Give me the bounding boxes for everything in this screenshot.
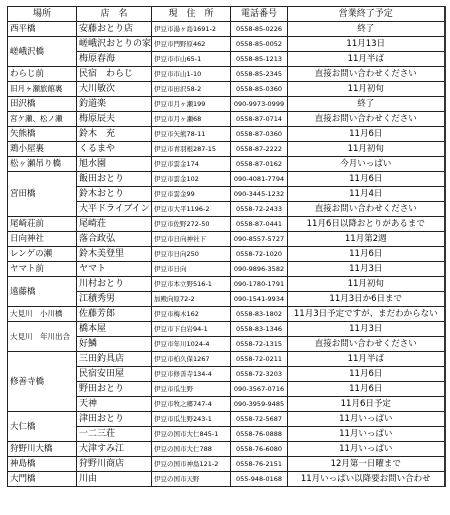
- shop-name-cell: 好鱗: [77, 337, 152, 352]
- shop-name-cell: 狩野川商店: [77, 457, 152, 472]
- address-cell: 加殿向原72-2: [152, 292, 231, 307]
- shop-name-cell: 嵯峨沢おとりの家: [77, 37, 152, 52]
- address-cell: 伊豆市市山65-1: [152, 52, 231, 67]
- phone-cell: 090-8557-5727: [231, 232, 288, 247]
- end-date-cell: 11月初旬: [288, 277, 445, 292]
- phone-cell: 090-9973-0999: [231, 97, 288, 112]
- end-date-cell: 11月いっぱい: [288, 427, 445, 442]
- phone-cell: 0558-85-0052: [231, 37, 288, 52]
- address-cell: 伊豆市門野原462: [152, 37, 231, 52]
- phone-cell: 0558-72-3203: [231, 367, 288, 382]
- address-cell: 伊豆市本立野516-1: [152, 277, 231, 292]
- phone-cell: 055-948-0168: [231, 472, 288, 487]
- shop-name-cell: 尾崎荘: [77, 217, 152, 232]
- address-cell: 伊豆の国市神島121-2: [152, 457, 231, 472]
- shop-name-cell: 梅原春海: [77, 52, 152, 67]
- table-row: ヤマト前ヤマト伊豆市日向090-9896-358211月3日: [8, 262, 445, 277]
- table-row: 嵯峨沢橋嵯峨沢おとりの家伊豆市門野原4620558-85-005211月13日: [8, 37, 445, 52]
- end-date-cell: 直接お問い合わせください: [288, 67, 445, 82]
- end-date-cell: 11月いっぱい以降要お問い合わせ: [288, 472, 445, 487]
- place-cell: 松ヶ瀬吊り橋: [8, 157, 77, 172]
- shop-name-cell: 梅原辰夫: [77, 112, 152, 127]
- table-row: 大門橋川由伊豆の国市天野055-948-016811月いっぱい以降要お問い合わせ: [8, 472, 445, 487]
- place-cell: 鶏小屋裏: [8, 142, 77, 157]
- table-row: レンゲの瀬鈴木美登里伊豆市日向2500558-72-102011月6日: [8, 247, 445, 262]
- phone-cell: 090-1541-9934: [231, 292, 288, 307]
- address-cell: 伊豆市梅木162: [152, 307, 231, 322]
- address-cell: 伊豆の国市大仁788: [152, 442, 231, 457]
- shop-name-cell: 民宿 わらじ: [77, 67, 152, 82]
- address-cell: 伊豆市瓜生野243-1: [152, 412, 231, 427]
- address-cell: 伊豆の国市大仁845-1: [152, 427, 231, 442]
- phone-cell: 090-3445-1232: [231, 187, 288, 202]
- place-cell: 宮ケ瀬、松ノ瀬: [8, 112, 77, 127]
- table-row: 狩野川大橋大津すみ江伊豆の国市大仁7880558-76-608011月いっぱい: [8, 442, 445, 457]
- end-date-cell: 直接お問い合わせください: [288, 202, 445, 217]
- address-cell: 伊豆市月ヶ瀬199: [152, 97, 231, 112]
- shop-name-cell: 大平ドライブイン: [77, 202, 152, 217]
- phone-cell: 090-9896-3582: [231, 262, 288, 277]
- place-cell: 神島橋: [8, 457, 77, 472]
- place-cell: レンゲの瀬: [8, 247, 77, 262]
- table-row: 大見川 年川出合橋本屋伊豆市下白岩94-10558-83-134611月3日: [8, 322, 445, 337]
- shop-name-cell: 飯田おとり: [77, 172, 152, 187]
- phone-cell: 0558-87-0360: [231, 127, 288, 142]
- shop-name-cell: 天神: [77, 397, 152, 412]
- end-date-cell: 11月6日: [288, 382, 445, 397]
- header-shop: 店 名: [77, 7, 152, 22]
- end-date-cell: 11月半ば: [288, 352, 445, 367]
- closing-schedule-table: 場所 店 名 現 住 所 電話番号 営業終了予定 西平橋安藤おとり店伊豆市湯ヶ島…: [7, 6, 446, 487]
- header-row: 場所 店 名 現 住 所 電話番号 営業終了予定: [8, 7, 445, 22]
- end-date-cell: 11月初旬: [288, 82, 445, 97]
- end-date-cell: 11月3日か6日まで: [288, 292, 445, 307]
- place-cell: 修善寺橋: [8, 352, 77, 412]
- address-cell: 伊豆市雲金99: [152, 187, 231, 202]
- end-date-cell: 11月3日: [288, 262, 445, 277]
- address-cell: 伊豆市大平1196-2: [152, 202, 231, 217]
- shop-name-cell: ヤマト: [77, 262, 152, 277]
- phone-cell: 0558-83-1346: [231, 322, 288, 337]
- place-cell: 大仁橋: [8, 412, 77, 442]
- phone-cell: 0558-83-1802: [231, 307, 288, 322]
- end-date-cell: 11月6日: [288, 127, 445, 142]
- shop-name-cell: 大津すみ江: [77, 442, 152, 457]
- table-row: 遠藤橋川村おとり伊豆市本立野516-1090-1780-179111月初旬: [8, 277, 445, 292]
- place-cell: 西平橋: [8, 22, 77, 37]
- table-row: 田沢橋釣道楽伊豆市月ヶ瀬199090-9973-0999終了: [8, 97, 445, 112]
- place-cell: 嵯峨沢橋: [8, 37, 77, 67]
- table-body: 西平橋安藤おとり店伊豆市湯ヶ島1691-20558-85-0226終了嵯峨沢橋嵯…: [8, 22, 445, 487]
- address-cell: 伊豆市田沢58-2: [152, 82, 231, 97]
- end-date-cell: 11月いっぱい: [288, 412, 445, 427]
- table-row: 尾崎荘前尾崎荘伊豆市佐野272-500558-87-044111月6日以降おとり…: [8, 217, 445, 232]
- address-cell: 伊豆市牧之郷747-4: [152, 397, 231, 412]
- shop-name-cell: 旭水園: [77, 157, 152, 172]
- header-phone: 電話番号: [231, 7, 288, 22]
- end-date-cell: 11月半ば: [288, 52, 445, 67]
- phone-cell: 0558-85-2345: [231, 67, 288, 82]
- phone-cell: 0558-72-2433: [231, 202, 288, 217]
- phone-cell: 0558-72-5687: [231, 412, 288, 427]
- place-cell: 矢熊橋: [8, 127, 77, 142]
- shop-name-cell: 一二三荘: [77, 427, 152, 442]
- place-cell: 狩野川大橋: [8, 442, 77, 457]
- place-cell: 宮田橋: [8, 172, 77, 217]
- end-date-cell: 12月第一日曜まで: [288, 457, 445, 472]
- phone-cell: 0558-87-2222: [231, 142, 288, 157]
- end-date-cell: 11月6日: [288, 367, 445, 382]
- address-cell: 伊豆市瓜生野: [152, 382, 231, 397]
- phone-cell: 090-3567-0716: [231, 382, 288, 397]
- table-row: 修善寺橋三田釣具店伊豆市柏久保12670558-72-021111月半ば: [8, 352, 445, 367]
- end-date-cell: 11月4日: [288, 187, 445, 202]
- end-date-cell: 11月13日: [288, 37, 445, 52]
- shop-name-cell: 佐藤芳郎: [77, 307, 152, 322]
- phone-cell: 090-1780-1791: [231, 277, 288, 292]
- address-cell: 伊豆市雲金174: [152, 157, 231, 172]
- shop-name-cell: 川由: [77, 472, 152, 487]
- shop-name-cell: くるまや: [77, 142, 152, 157]
- phone-cell: 0558-85-0226: [231, 22, 288, 37]
- end-date-cell: 直接お問い合わせください: [288, 112, 445, 127]
- shop-name-cell: 鈴木 充: [77, 127, 152, 142]
- end-date-cell: 11月第2週: [288, 232, 445, 247]
- phone-cell: 0558-76-2151: [231, 457, 288, 472]
- table-row: 旧月ヶ瀬旅館裏大川敏次伊豆市田沢58-20558-85-036011月初旬: [8, 82, 445, 97]
- place-cell: 大見川 年川出合: [8, 322, 77, 352]
- shop-name-cell: 野田おとり: [77, 382, 152, 397]
- phone-cell: 0558-87-0714: [231, 112, 288, 127]
- place-cell: 田沢橋: [8, 97, 77, 112]
- table-row: 大仁橋津田おとり伊豆市瓜生野243-10558-72-568711月いっぱい: [8, 412, 445, 427]
- end-date-cell: 11月6日予定: [288, 397, 445, 412]
- phone-cell: 0558-72-1020: [231, 247, 288, 262]
- address-cell: 伊豆市日向: [152, 262, 231, 277]
- header-address: 現 住 所: [152, 7, 231, 22]
- shop-name-cell: 鈴木おとり: [77, 187, 152, 202]
- address-cell: 伊豆の国市天野: [152, 472, 231, 487]
- table-row: わらじ前民宿 わらじ伊豆市市山1-100558-85-2345直接お問い合わせく…: [8, 67, 445, 82]
- shop-name-cell: 大川敏次: [77, 82, 152, 97]
- shop-name-cell: 津田おとり: [77, 412, 152, 427]
- table-row: 西平橋安藤おとり店伊豆市湯ヶ島1691-20558-85-0226終了: [8, 22, 445, 37]
- shop-name-cell: 川村おとり: [77, 277, 152, 292]
- end-date-cell: 終了: [288, 97, 445, 112]
- address-cell: 伊豆市湯ヶ島1691-2: [152, 22, 231, 37]
- header-end-date: 営業終了予定: [288, 7, 445, 22]
- table-row: 鶏小屋裏くるまや伊豆市青羽根287-150558-87-222211月初旬: [8, 142, 445, 157]
- place-cell: 尾崎荘前: [8, 217, 77, 232]
- phone-cell: 090-4081-7794: [231, 172, 288, 187]
- header-place: 場所: [8, 7, 77, 22]
- address-cell: 伊豆市月ヶ瀬68: [152, 112, 231, 127]
- place-cell: 大門橋: [8, 472, 77, 487]
- phone-cell: 0558-87-0441: [231, 217, 288, 232]
- end-date-cell: 今月いっぱい: [288, 157, 445, 172]
- address-cell: 伊豆市矢熊78-11: [152, 127, 231, 142]
- table-row: 宮ケ瀬、松ノ瀬梅原辰夫伊豆市月ヶ瀬680558-87-0714直接お問い合わせく…: [8, 112, 445, 127]
- shop-name-cell: 橋本屋: [77, 322, 152, 337]
- shop-name-cell: 落合政弘: [77, 232, 152, 247]
- table-row: 松ヶ瀬吊り橋旭水園伊豆市雲金1740558-87-0162今月いっぱい: [8, 157, 445, 172]
- table-row: 神島橋狩野川商店伊豆の国市神島121-20558-76-215112月第一日曜ま…: [8, 457, 445, 472]
- end-date-cell: 11月3日予定ですが、まだわからない: [288, 307, 445, 322]
- table-row: 矢熊橋鈴木 充伊豆市矢熊78-110558-87-036011月6日: [8, 127, 445, 142]
- end-date-cell: 11月6日: [288, 247, 445, 262]
- phone-cell: 0558-72-0211: [231, 352, 288, 367]
- end-date-cell: 11月いっぱい: [288, 442, 445, 457]
- shop-name-cell: 三田釣具店: [77, 352, 152, 367]
- address-cell: 伊豆市修善寺134-4: [152, 367, 231, 382]
- address-cell: 伊豆市下白岩94-1: [152, 322, 231, 337]
- end-date-cell: 11月3日: [288, 322, 445, 337]
- address-cell: 伊豆市佐野272-50: [152, 217, 231, 232]
- address-cell: 伊豆市日向神社下: [152, 232, 231, 247]
- shop-name-cell: 釣道楽: [77, 97, 152, 112]
- table-row: 日向神社落合政弘伊豆市日向神社下090-8557-572711月第2週: [8, 232, 445, 247]
- place-cell: わらじ前: [8, 67, 77, 82]
- place-cell: 遠藤橋: [8, 277, 77, 307]
- phone-cell: 0558-76-6080: [231, 442, 288, 457]
- shop-name-cell: 鈴木美登里: [77, 247, 152, 262]
- shop-name-cell: 安藤おとり店: [77, 22, 152, 37]
- end-date-cell: 直接お問い合わせください: [288, 337, 445, 352]
- shop-name-cell: 民宿安田屋: [77, 367, 152, 382]
- table-row: 大見川 小川橋佐藤芳郎伊豆市梅木1620558-83-180211月3日予定です…: [8, 307, 445, 322]
- phone-cell: 0558-76-0888: [231, 427, 288, 442]
- address-cell: 伊豆市日向250: [152, 247, 231, 262]
- address-cell: 伊豆市雲金102: [152, 172, 231, 187]
- address-cell: 伊豆市青羽根287-15: [152, 142, 231, 157]
- end-date-cell: 11月6日: [288, 172, 445, 187]
- end-date-cell: 11月6日以降おとりがあるまで: [288, 217, 445, 232]
- phone-cell: 0558-85-0360: [231, 82, 288, 97]
- phone-cell: 090-3959-9485: [231, 397, 288, 412]
- place-cell: 日向神社: [8, 232, 77, 247]
- place-cell: 大見川 小川橋: [8, 307, 77, 322]
- phone-cell: 0558-85-1213: [231, 52, 288, 67]
- phone-cell: 0558-72-1315: [231, 337, 288, 352]
- phone-cell: 0558-87-0162: [231, 157, 288, 172]
- end-date-cell: 終了: [288, 22, 445, 37]
- address-cell: 伊豆市柏久保1267: [152, 352, 231, 367]
- end-date-cell: 11月初旬: [288, 142, 445, 157]
- shop-name-cell: 江積秀男: [77, 292, 152, 307]
- address-cell: 伊豆市市山1-10: [152, 67, 231, 82]
- place-cell: ヤマト前: [8, 262, 77, 277]
- table-row: 宮田橋飯田おとり伊豆市雲金102090-4081-779411月6日: [8, 172, 445, 187]
- address-cell: 伊豆市年川1024-4: [152, 337, 231, 352]
- place-cell: 旧月ヶ瀬旅館裏: [8, 82, 77, 97]
